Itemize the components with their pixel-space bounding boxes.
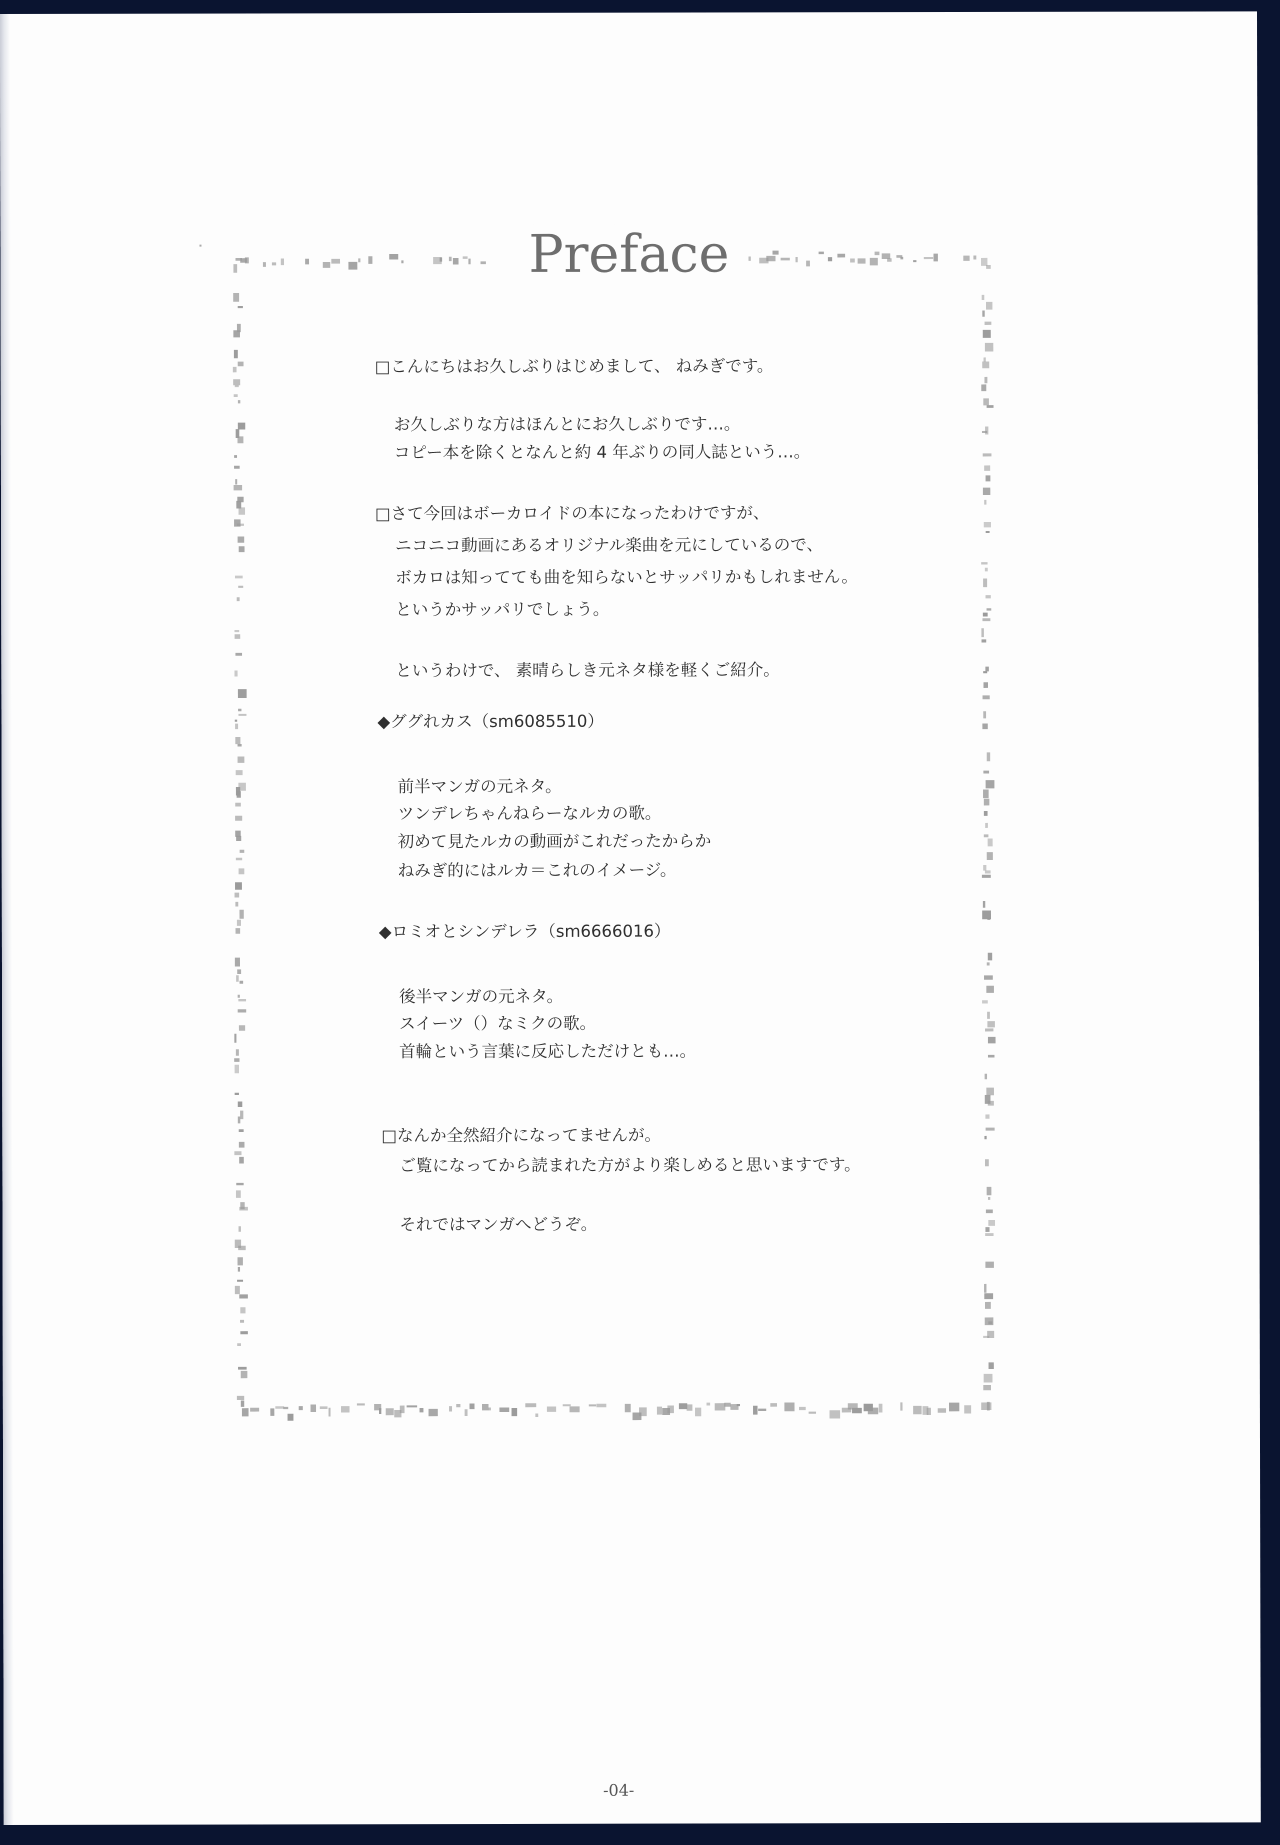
preface-line: ねみぎ的にはルカ＝これのイメージ。 [398,861,677,882]
preface-line: ツンデレちゃんねらーなルカの歌。 [398,804,662,825]
preface-line: □こんにちはお久しぶりはじめまして、 ねみぎです。 [375,356,774,377]
page-number: -04- [4,1779,1234,1801]
preface-line: ボカロは知ってても曲を知らないとサッパリかもしれません。 [395,567,858,588]
preface-line: ◆ググれカス（sm6085510） [377,712,603,732]
preface-line: ◆ロミオとシンデレラ（sm6666016） [379,922,671,943]
page-title-text: Preface [515,224,744,284]
preface-line: それではマンガへどうぞ。 [400,1215,598,1235]
preface-line: というかサッパリでしょう。 [395,600,609,620]
preface-line: というわけで、 素晴らしき元ネタ様を軽くご紹介。 [395,660,779,681]
preface-line: お久しぶりな方はほんとにお久しぶりです…。 [394,414,741,435]
preface-line: 初めて見たルカの動画がこれだったからか [398,832,712,853]
preface-line: コピー本を除くとなんと約 4 年ぶりの同人誌という…。 [394,442,810,463]
preface-line: 首輪という言葉に反応しただけとも…。 [399,1042,696,1063]
preface-line: □なんか全然紹介になってませんが。 [381,1126,661,1147]
preface-line: □さて今回はボーカロイドの本になったわけですが、 [375,503,769,524]
book-page: Preface □こんにちはお久しぶりはじめまして、 ねみぎです。お久しぶりな方… [0,11,1261,1825]
page-title: Preface [0,223,1257,286]
preface-line: 前半マンガの元ネタ。 [398,777,562,797]
preface-line: ご覧になってから読まれた方がより楽しめると思いますです。 [399,1155,860,1176]
preface-line: 後半マンガの元ネタ。 [399,987,563,1007]
preface-line: スイーツ（）なミクの歌。 [399,1014,596,1034]
preface-line: ニコニコ動画にあるオリジナル楽曲を元にしているので、 [395,535,823,556]
